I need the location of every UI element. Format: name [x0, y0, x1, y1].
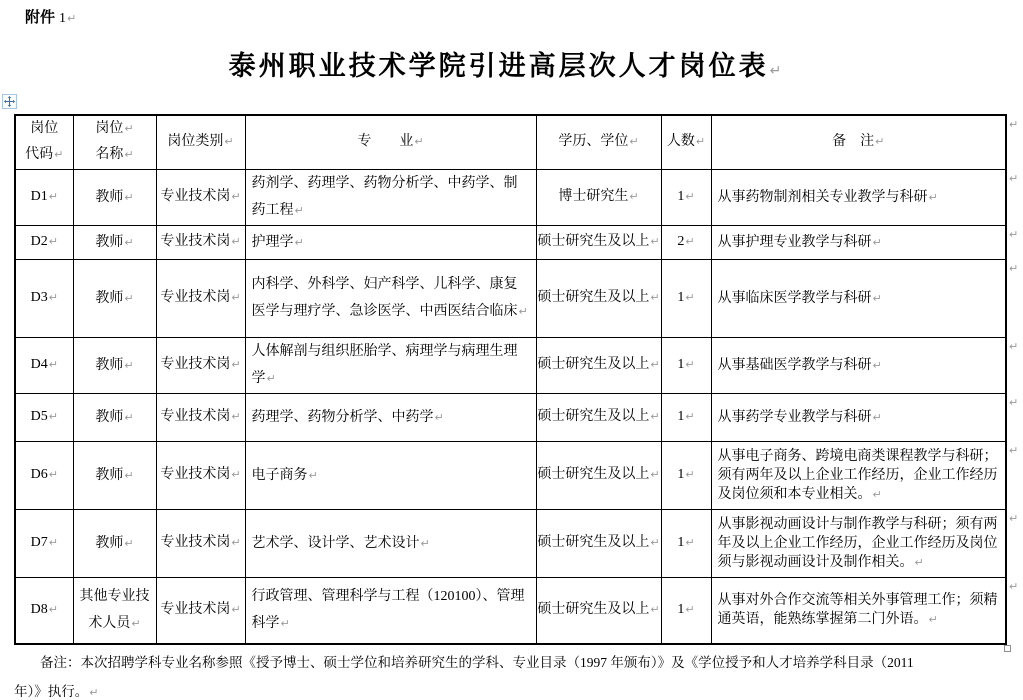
cell-remark: 从事影视动画设计与制作教学与科研；须有两年及以上企业工作经历，企业工作经历及岗位…	[711, 509, 1006, 577]
paragraph-mark-icon: ↵	[49, 536, 58, 549]
move-cross-icon	[4, 96, 15, 107]
paragraph-mark-icon: ↵	[685, 235, 694, 248]
paragraph-mark-icon: ↵	[124, 236, 133, 249]
cell-text: 药理学、药物分析学、中药学	[252, 410, 434, 425]
cell-text: 硕士研究生及以上	[537, 602, 649, 617]
paragraph-mark-icon: ↵	[915, 556, 924, 569]
cell-position-code: D1↵	[15, 169, 73, 225]
cell-position-name: 教师↵	[73, 225, 156, 259]
cell-text: 从事影视动画设计与制作教学与科研；须有两年及以上企业工作经历，企业工作经历及岗位…	[718, 517, 998, 570]
paragraph-mark-icon: ↵	[231, 410, 240, 423]
paragraph-mark-icon: ↵	[650, 410, 659, 423]
paragraph-mark-icon: ↵	[67, 12, 76, 25]
header-position-category: 岗位类别↵	[156, 115, 245, 169]
paragraph-mark-icon: ↵	[49, 603, 58, 616]
cell-degree: 硕士研究生及以上↵	[536, 441, 661, 509]
paragraph-mark-icon: ↵	[231, 190, 240, 203]
cell-text: 专业技术岗	[160, 189, 230, 204]
row-end-mark-icon: ↵	[1009, 396, 1018, 409]
table-row: D3↵ 教师↵ 专业技术岗↵ 内科学、外科学、妇产科学、儿科学、康复医学与理疗学…	[15, 259, 1006, 337]
cell-position-category: 专业技术岗↵	[156, 509, 245, 577]
footnote: 备注：本次招聘学科专业名称参照《授予博士、硕士学位和培养研究生的学科、专业目录（…	[14, 648, 1002, 700]
cell-text: 硕士研究生及以上	[537, 409, 649, 424]
cell-text: 教师	[95, 190, 123, 205]
cell-position-name: 其他专业技术人员↵	[73, 577, 156, 644]
cell-position-name: 教师↵	[73, 441, 156, 509]
table-resize-handle[interactable]	[1004, 645, 1011, 652]
cell-text: 1	[677, 189, 684, 204]
cell-text: 从事对外合作交流等相关外事管理工作；须精通英语，能熟练掌握第二门外语。	[718, 593, 998, 627]
table-row: D8↵ 其他专业技术人员↵ 专业技术岗↵ 行政管理、管理科学与工程（120100…	[15, 577, 1006, 644]
paragraph-mark-icon: ↵	[685, 536, 694, 549]
cell-text: 教师	[95, 358, 123, 373]
paragraph-mark-icon: ↵	[650, 603, 659, 616]
paragraph-mark-icon: ↵	[224, 135, 233, 148]
cell-position-category: 专业技术岗↵	[156, 259, 245, 337]
table-header-row: 岗位代码↵ 岗位↵名称↵ 岗位类别↵ 专 业↵ 学历、学位↵ 人数↵ 备 注↵	[15, 115, 1006, 169]
paragraph-mark-icon: ↵	[231, 291, 240, 304]
cell-text: 教师	[95, 536, 123, 551]
paragraph-mark-icon: ↵	[650, 358, 659, 371]
paragraph-mark-icon: ↵	[124, 469, 133, 482]
cell-text: 从事电子商务、跨境电商类课程教学与科研；须有两年及以上企业工作经历，企业工作经历…	[718, 449, 998, 502]
paragraph-mark-icon: ↵	[231, 358, 240, 371]
paragraph-mark-icon: ↵	[685, 410, 694, 423]
cell-major: 药剂学、药理学、药物分析学、中药学、制药工程↵	[245, 169, 536, 225]
cell-text: 从事基础医学教学与科研	[718, 358, 872, 373]
cell-remark: 从事对外合作交流等相关外事管理工作；须精通英语，能熟练掌握第二门外语。↵	[711, 577, 1006, 644]
cell-position-code: D5↵	[15, 393, 73, 441]
cell-text: 从事临床医学教学与科研	[718, 291, 872, 306]
cell-position-category: 专业技术岗↵	[156, 337, 245, 393]
paragraph-mark-icon: ↵	[131, 617, 140, 630]
header-text: 专 业	[357, 134, 413, 149]
cell-text: D1	[31, 189, 48, 204]
paragraph-mark-icon: ↵	[124, 411, 133, 424]
table-row: D7↵ 教师↵ 专业技术岗↵ 艺术学、设计学、艺术设计↵ 硕士研究生及以上↵ 1…	[15, 509, 1006, 577]
header-text: 备 注	[832, 134, 874, 149]
cell-text: 1	[677, 535, 684, 550]
header-text: 代码	[25, 147, 53, 162]
cell-text: 硕士研究生及以上	[537, 357, 649, 372]
paragraph-mark-icon: ↵	[309, 469, 318, 482]
positions-table: 岗位代码↵ 岗位↵名称↵ 岗位类别↵ 专 业↵ 学历、学位↵ 人数↵ 备 注↵ …	[14, 114, 1007, 645]
cell-text: 内科学、外科学、妇产科学、儿科学、康复医学与理疗学、急诊医学、中西医结合临床	[252, 277, 518, 319]
cell-position-code: D7↵	[15, 509, 73, 577]
header-text: 岗位类别	[167, 134, 223, 149]
cell-degree: 硕士研究生及以上↵	[536, 259, 661, 337]
cell-position-category: 专业技术岗↵	[156, 441, 245, 509]
header-text: 学历、学位	[558, 134, 628, 149]
paragraph-mark-icon: ↵	[124, 191, 133, 204]
cell-degree: 硕士研究生及以上↵	[536, 509, 661, 577]
cell-position-name: 教师↵	[73, 337, 156, 393]
cell-remark: 从事护理专业教学与科研↵	[711, 225, 1006, 259]
cell-text: 教师	[95, 291, 123, 306]
row-end-mark-icon: ↵	[1009, 118, 1018, 131]
cell-remark: 从事药学专业教学与科研↵	[711, 393, 1006, 441]
paragraph-mark-icon: ↵	[685, 468, 694, 481]
cell-text: 2	[677, 234, 684, 249]
cell-text: 教师	[95, 410, 123, 425]
cell-text: 药剂学、药理学、药物分析学、中药学、制药工程	[252, 176, 518, 218]
cell-major: 护理学↵	[245, 225, 536, 259]
cell-text: 行政管理、管理科学与工程（120100）、管理科学	[252, 589, 525, 631]
row-end-mark-icon: ↵	[1009, 580, 1018, 593]
cell-text: 从事护理专业教学与科研	[718, 235, 872, 250]
paragraph-mark-icon: ↵	[89, 686, 98, 699]
cell-count: 1↵	[661, 169, 711, 225]
cell-position-code: D3↵	[15, 259, 73, 337]
cell-position-code: D8↵	[15, 577, 73, 644]
cell-degree: 博士研究生↵	[536, 169, 661, 225]
paragraph-mark-icon: ↵	[231, 468, 240, 481]
cell-text: 艺术学、设计学、艺术设计	[252, 536, 420, 551]
header-position-code: 岗位代码↵	[15, 115, 73, 169]
cell-text: 教师	[95, 235, 123, 250]
header-position-name: 岗位↵名称↵	[73, 115, 156, 169]
cell-text: 1	[677, 357, 684, 372]
paragraph-mark-icon: ↵	[650, 468, 659, 481]
cell-degree: 硕士研究生及以上↵	[536, 225, 661, 259]
cell-remark: 从事基础医学教学与科研↵	[711, 337, 1006, 393]
header-major: 专 业↵	[245, 115, 536, 169]
page-title-text: 泰州职业技术学院引进高层次人才岗位表	[229, 51, 769, 81]
cell-position-category: 专业技术岗↵	[156, 577, 245, 644]
cell-degree: 硕士研究生及以上↵	[536, 393, 661, 441]
paragraph-mark-icon: ↵	[696, 135, 705, 148]
cell-text: D2	[31, 234, 48, 249]
cell-text: 硕士研究生及以上	[537, 535, 649, 550]
header-text: 岗位	[30, 121, 58, 136]
cell-text: 1	[677, 467, 684, 482]
footnote-text: 年）》执行。	[14, 684, 88, 699]
footnote-line: 年）》执行。↵	[14, 677, 1002, 700]
cell-remark: 从事临床医学教学与科研↵	[711, 259, 1006, 337]
cell-text: 专业技术岗	[160, 409, 230, 424]
paragraph-mark-icon: ↵	[124, 537, 133, 550]
paragraph-mark-icon: ↵	[435, 411, 444, 424]
header-count: 人数↵	[661, 115, 711, 169]
cell-text: 博士研究生	[558, 189, 628, 204]
paragraph-mark-icon: ↵	[650, 235, 659, 248]
paragraph-mark-icon: ↵	[281, 617, 290, 630]
header-text: 名称	[95, 147, 123, 162]
row-end-mark-icon: ↵	[1009, 340, 1018, 353]
cell-text: 专业技术岗	[160, 535, 230, 550]
row-end-mark-icon: ↵	[1009, 512, 1018, 525]
cell-count: 1↵	[661, 393, 711, 441]
cell-position-category: 专业技术岗↵	[156, 225, 245, 259]
cell-position-category: 专业技术岗↵	[156, 393, 245, 441]
header-degree: 学历、学位↵	[536, 115, 661, 169]
cell-major: 电子商务↵	[245, 441, 536, 509]
cell-major: 人体解剖与组织胚胎学、病理学与病理生理学↵	[245, 337, 536, 393]
cell-position-name: 教师↵	[73, 509, 156, 577]
cell-remark: 从事电子商务、跨境电商类课程教学与科研；须有两年及以上企业工作经历，企业工作经历…	[711, 441, 1006, 509]
attachment-text: 附件	[25, 9, 55, 26]
paragraph-mark-icon: ↵	[685, 603, 694, 616]
paragraph-mark-icon: ↵	[873, 488, 882, 501]
paragraph-mark-icon: ↵	[873, 411, 882, 424]
cell-position-name: 教师↵	[73, 259, 156, 337]
cell-text: 专业技术岗	[160, 602, 230, 617]
cell-position-code: D6↵	[15, 441, 73, 509]
cell-text: 护理学	[252, 235, 294, 250]
cell-text: D3	[31, 290, 48, 305]
paragraph-mark-icon: ↵	[629, 135, 638, 148]
word-document-page: 附件1↵ 泰州职业技术学院引进高层次人才岗位表↵ 岗位代码↵ 岗位↵名称↵ 岗位…	[0, 0, 1023, 700]
row-end-mark-icon: ↵	[1009, 172, 1018, 185]
paragraph-mark-icon: ↵	[875, 135, 884, 148]
page-title: 泰州职业技术学院引进高层次人才岗位表↵	[0, 44, 1010, 83]
table-row: D5↵ 教师↵ 专业技术岗↵ 药理学、药物分析学、中药学↵ 硕士研究生及以上↵ …	[15, 393, 1006, 441]
paragraph-mark-icon: ↵	[873, 359, 882, 372]
cell-text: 硕士研究生及以上	[537, 467, 649, 482]
paragraph-mark-icon: ↵	[49, 235, 58, 248]
cell-position-category: 专业技术岗↵	[156, 169, 245, 225]
paragraph-mark-icon: ↵	[54, 148, 63, 161]
cell-text: 人体解剖与组织胚胎学、病理学与病理生理学	[252, 344, 518, 386]
paragraph-mark-icon: ↵	[685, 291, 694, 304]
cell-text: D4	[31, 357, 48, 372]
cell-major: 药理学、药物分析学、中药学↵	[245, 393, 536, 441]
cell-text: 1	[677, 290, 684, 305]
paragraph-mark-icon: ↵	[231, 235, 240, 248]
paragraph-mark-icon: ↵	[124, 359, 133, 372]
cell-major: 内科学、外科学、妇产科学、儿科学、康复医学与理疗学、急诊医学、中西医结合临床↵	[245, 259, 536, 337]
paragraph-mark-icon: ↵	[231, 603, 240, 616]
table-row: D1↵ 教师↵ 专业技术岗↵ 药剂学、药理学、药物分析学、中药学、制药工程↵ 博…	[15, 169, 1006, 225]
row-end-mark-icon: ↵	[1009, 444, 1018, 457]
cell-remark: 从事药物制剂相关专业教学与科研↵	[711, 169, 1006, 225]
paragraph-mark-icon: ↵	[295, 236, 304, 249]
header-text: 人数	[667, 134, 695, 149]
cell-text: 硕士研究生及以上	[537, 290, 649, 305]
cell-text: 专业技术岗	[160, 357, 230, 372]
paragraph-mark-icon: ↵	[414, 135, 423, 148]
paragraph-mark-icon: ↵	[685, 358, 694, 371]
table-move-handle[interactable]	[2, 94, 17, 109]
paragraph-mark-icon: ↵	[49, 190, 58, 203]
paragraph-mark-icon: ↵	[650, 291, 659, 304]
cell-text: 1	[677, 409, 684, 424]
paragraph-mark-icon: ↵	[267, 372, 276, 385]
paragraph-mark-icon: ↵	[685, 190, 694, 203]
cell-count: 1↵	[661, 577, 711, 644]
cell-text: 专业技术岗	[160, 467, 230, 482]
cell-text: 从事药物制剂相关专业教学与科研	[718, 190, 928, 205]
cell-count: 2↵	[661, 225, 711, 259]
attachment-label: 附件1↵	[25, 6, 76, 27]
header-text: 岗位	[95, 121, 123, 136]
cell-text: 专业技术岗	[160, 234, 230, 249]
cell-count: 1↵	[661, 337, 711, 393]
paragraph-mark-icon: ↵	[929, 613, 938, 626]
cell-major: 艺术学、设计学、艺术设计↵	[245, 509, 536, 577]
paragraph-mark-icon: ↵	[629, 190, 638, 203]
paragraph-mark-icon: ↵	[49, 468, 58, 481]
paragraph-mark-icon: ↵	[295, 204, 304, 217]
table-row: D4↵ 教师↵ 专业技术岗↵ 人体解剖与组织胚胎学、病理学与病理生理学↵ 硕士研…	[15, 337, 1006, 393]
cell-text: 硕士研究生及以上	[537, 234, 649, 249]
paragraph-mark-icon: ↵	[519, 305, 528, 318]
cell-text: 教师	[95, 468, 123, 483]
paragraph-mark-icon: ↵	[49, 358, 58, 371]
table-row: D2↵ 教师↵ 专业技术岗↵ 护理学↵ 硕士研究生及以上↵ 2↵ 从事护理专业教…	[15, 225, 1006, 259]
cell-major: 行政管理、管理科学与工程（120100）、管理科学↵	[245, 577, 536, 644]
paragraph-mark-icon: ↵	[873, 292, 882, 305]
cell-text: 从事药学专业教学与科研	[718, 410, 872, 425]
header-remark: 备 注↵	[711, 115, 1006, 169]
attachment-number: 1	[59, 11, 66, 26]
cell-position-code: D2↵	[15, 225, 73, 259]
paragraph-mark-icon: ↵	[770, 63, 782, 79]
paragraph-mark-icon: ↵	[49, 410, 58, 423]
cell-text: D5	[31, 409, 48, 424]
paragraph-mark-icon: ↵	[929, 191, 938, 204]
paragraph-mark-icon: ↵	[49, 291, 58, 304]
cell-position-code: D4↵	[15, 337, 73, 393]
paragraph-mark-icon: ↵	[421, 537, 430, 550]
cell-degree: 硕士研究生及以上↵	[536, 577, 661, 644]
cell-count: 1↵	[661, 509, 711, 577]
cell-degree: 硕士研究生及以上↵	[536, 337, 661, 393]
paragraph-mark-icon: ↵	[124, 148, 133, 161]
cell-position-name: 教师↵	[73, 393, 156, 441]
cell-count: 1↵	[661, 259, 711, 337]
cell-text: D8	[31, 602, 48, 617]
table-row: D6↵ 教师↵ 专业技术岗↵ 电子商务↵ 硕士研究生及以上↵ 1↵ 从事电子商务…	[15, 441, 1006, 509]
cell-text: 1	[677, 602, 684, 617]
paragraph-mark-icon: ↵	[124, 122, 133, 135]
footnote-line: 备注：本次招聘学科专业名称参照《授予博士、硕士学位和培养研究生的学科、专业目录（…	[14, 648, 1002, 677]
cell-count: 1↵	[661, 441, 711, 509]
cell-text: D6	[31, 467, 48, 482]
cell-text: D7	[31, 535, 48, 550]
paragraph-mark-icon: ↵	[650, 536, 659, 549]
paragraph-mark-icon: ↵	[231, 536, 240, 549]
cell-text: 专业技术岗	[160, 290, 230, 305]
cell-position-name: 教师↵	[73, 169, 156, 225]
row-end-mark-icon: ↵	[1009, 262, 1018, 275]
paragraph-mark-icon: ↵	[124, 292, 133, 305]
cell-text: 电子商务	[252, 468, 308, 483]
row-end-mark-icon: ↵	[1009, 228, 1018, 241]
paragraph-mark-icon: ↵	[873, 236, 882, 249]
